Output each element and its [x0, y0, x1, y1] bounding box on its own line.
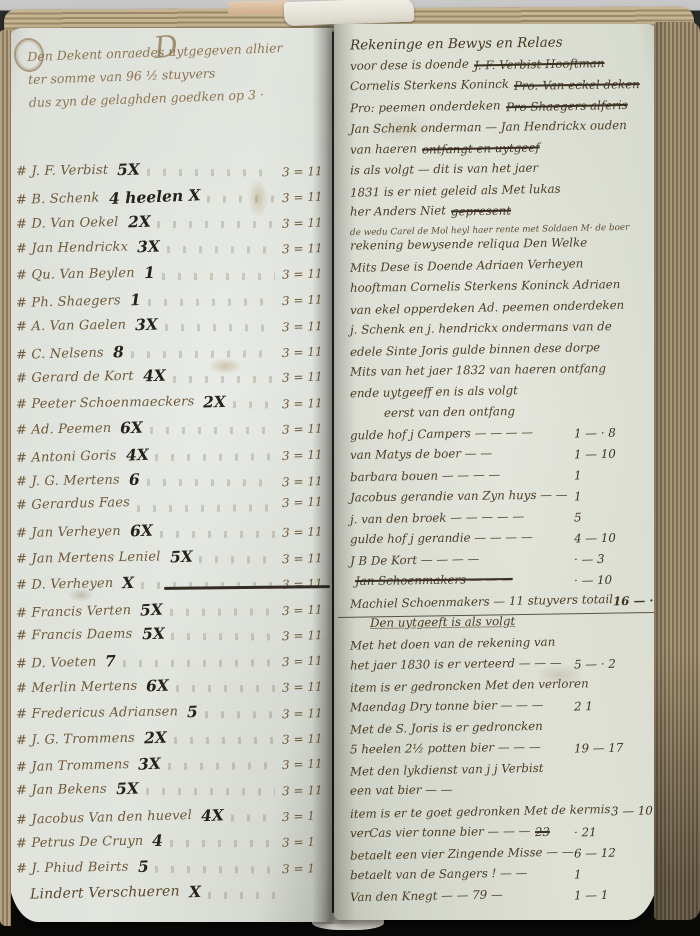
line-text: 1831 is er niet geleid als Met lukas	[350, 182, 561, 200]
account-line: Jacobus gerandie van Zyn huys — — 1	[350, 489, 630, 510]
ledger-row: # Jacobus Van den huevel 4X 3 = 1	[16, 805, 326, 833]
tally-mark: X	[188, 882, 201, 901]
line-text: verCas vier tonne bier — — —	[350, 824, 530, 841]
member-name: # J. Phiud Beirts	[16, 859, 129, 876]
member-name: # Jan Mertens Leniel	[16, 549, 161, 566]
amount-due: 3 = 11	[282, 706, 326, 721]
account-line: betaelt een vier Zingende Misse — — 6 — …	[350, 846, 630, 868]
dotted-leader	[231, 815, 275, 822]
member-name: # Merlin Mertens	[16, 679, 138, 697]
dotted-leader	[160, 531, 275, 538]
line-text: van haeren	[350, 141, 417, 156]
struck-text: Pro: Van eckel deken	[514, 77, 640, 93]
member-name: # Antoni Goris	[16, 448, 117, 466]
dotted-leader	[165, 324, 275, 331]
dotted-leader	[150, 427, 275, 434]
amount-due: 3 = 11	[282, 421, 326, 437]
line-text: een vat bier — —	[350, 782, 453, 797]
amount-due: 3 = 11	[282, 319, 326, 334]
tally-mark: 4X	[125, 445, 149, 465]
account-line: ende uytgeeff en is als volgt	[350, 384, 630, 406]
member-name: # B. Schenk	[16, 190, 100, 207]
account-line: gulde hof j Campers — — — — 1 — · 8	[350, 426, 630, 448]
ledger-row: # Gerardus Faes 3 = 11	[16, 495, 326, 523]
open-ledger-book: D Den Dekent onraedes uytgegeven alhier …	[0, 0, 700, 936]
line-amount: 1 — · 8	[574, 425, 630, 440]
line-text: ende uytgeeff en is als volgt	[350, 383, 518, 400]
line-text: Maendag Dry tonne bier — — —	[350, 698, 544, 715]
line-text: barbara bouen — — — —	[350, 467, 500, 484]
amount-due: 3 = 11	[282, 602, 327, 618]
account-line: verCas vier tonne bier — — — 23 · 21	[350, 825, 630, 846]
amount-due: 3 = 11	[282, 292, 327, 308]
line-text: Machiel Schoenmakers — 11 stuyvers totai…	[350, 592, 613, 611]
account-line: Met de S. Joris is er gedroncken	[350, 720, 630, 742]
tally-mark: 3X	[137, 237, 160, 257]
line-text: hooftman Cornelis Sterkens Koninck Adria…	[350, 277, 620, 295]
line-text: eerst van den ontfang	[384, 404, 515, 420]
ledger-row: # J. G. Trommens 2X 3 = 11	[16, 728, 326, 754]
line-amount: 6 — 12	[574, 845, 630, 860]
tally-mark: 5X	[140, 599, 164, 619]
struck-text: J. F. Verbist Hooftman	[474, 56, 605, 73]
dotted-leader	[167, 247, 275, 254]
line-text: Met het doen van de rekening van	[350, 635, 555, 653]
line-text: het jaer 1830 is er verteerd — — —	[350, 656, 562, 673]
line-amount: 1	[574, 489, 630, 504]
member-name: # D. Verheyen	[16, 576, 114, 593]
left-page-edges	[0, 30, 11, 926]
tally-mark: 4 heelen X	[108, 185, 200, 208]
line-amount: 1 — 1	[574, 887, 630, 902]
dotted-leader	[207, 196, 275, 203]
account-line: is als volgt — dit is van het jaer	[350, 162, 630, 183]
dotted-leader	[148, 299, 275, 307]
ledger-row: # D. Voeten 7 3 = 11	[16, 650, 326, 678]
fore-edge-pages	[654, 22, 700, 920]
amount-due: 3 = 11	[282, 551, 326, 566]
line-text: Jacobus gerandie van Zyn huys — —	[350, 487, 568, 504]
amount-due: 3 = 11	[282, 241, 326, 256]
amount-due: 3 = 11	[282, 679, 326, 695]
line-text: Cornelis Sterkens Koninck	[350, 77, 509, 93]
member-name: # Ad. Peemen	[16, 421, 112, 438]
ledger-row: # Merlin Mertens 6X 3 = 11	[16, 676, 326, 702]
member-name: # Jan Bekens	[16, 782, 107, 799]
line-text: Van den Knegt — — 79 —	[350, 887, 503, 904]
member-name: # Petrus De Cruyn	[16, 833, 144, 851]
tally-mark: 7	[105, 651, 117, 670]
tally-mark: X	[122, 573, 135, 592]
ledger-row: # Francis Verten 5X 3 = 11	[16, 599, 326, 627]
tally-mark: 2X	[127, 211, 150, 231]
account-line: eerst van den ontfang	[384, 405, 630, 426]
account-line: Den uytgeeft is als volgt	[370, 615, 630, 636]
account-line: Mits van het jaer 1832 van haeren ontfan…	[350, 363, 630, 384]
amount-due: 3 = 1	[282, 860, 326, 875]
struck-text: 23	[535, 825, 550, 839]
account-line: her Anders Niet gepresent	[350, 204, 630, 225]
account-line: j. Schenk en j. hendrickx ondermans van …	[350, 321, 630, 342]
line-spacer	[518, 395, 630, 396]
ledger-row: # Jan Hendrickx 3X 3 = 11	[16, 237, 326, 264]
member-name: # Fredericus Adriansen	[16, 704, 178, 722]
account-line: gulde hof j gerandie — — — — 4 — 10	[350, 531, 630, 552]
amount-due: 3 = 11	[282, 215, 326, 231]
tally-mark: 1	[143, 263, 154, 282]
line-text: van ekel opperdeken Ad. peemen onderdeke…	[350, 298, 624, 317]
tally-mark: 5	[187, 702, 198, 721]
line-text: Met de S. Joris is er gedroncken	[350, 719, 543, 737]
line-text: is als volgt — dit is van het jaer	[350, 161, 538, 178]
amount-due	[282, 897, 326, 899]
dotted-leader	[205, 711, 275, 718]
member-name: # D. Voeten	[16, 655, 97, 672]
account-line: Jan Schoenmakers — — — · — 10	[350, 573, 630, 594]
dotted-leader	[176, 685, 275, 692]
line-text: item is er gedroncken Met den verloren	[350, 676, 589, 695]
dotted-leader	[146, 788, 275, 796]
dotted-leader	[233, 402, 275, 409]
account-line: Cornelis Sterkens Koninck Pro: Van eckel…	[350, 78, 630, 99]
line-amount: 5 — · 2	[574, 657, 630, 672]
member-name: # Gerardus Faes	[16, 495, 130, 513]
ledger-row: # B. Schenk 4 heelen X 3 = 11	[16, 186, 326, 214]
ledger-row: # Antoni Goris 4X 3 = 11	[16, 444, 326, 472]
line-amount: 4 — 10	[574, 531, 630, 546]
member-name: # Jan Verheyen	[16, 524, 121, 541]
member-name: # Ph. Shaegers	[16, 293, 121, 311]
line-text: J B De Kort — — — —	[350, 552, 480, 568]
ribbon-strip	[228, 0, 290, 14]
line-text: 5 heelen 2½ potten bier — — —	[350, 740, 541, 757]
account-line: van Matys de boer — — 1 — 10	[350, 447, 630, 468]
amount-due: 3 = 11	[282, 473, 326, 488]
line-text: van Matys de boer — —	[350, 446, 492, 462]
dotted-leader	[155, 866, 275, 874]
dotted-leader	[162, 273, 275, 280]
line-text: voor dese is doende	[350, 57, 469, 73]
amount-due: 3 = 11	[282, 164, 326, 179]
ledger-row: # Jan Mertens Leniel 5X 3 = 11	[16, 546, 326, 573]
account-line: Jan Schenk onderman — Jan Hendrickx oude…	[350, 120, 630, 141]
account-line: Van den Knegt — — 79 — 1 — 1	[350, 888, 630, 910]
dotted-leader	[171, 634, 275, 641]
amount-due: 3 = 11	[282, 731, 326, 747]
amount-due: 3 = 11	[282, 524, 326, 540]
ledger-row: # Qu. Van Beylen 1 3 = 11	[16, 263, 326, 289]
account-line: Met den lykdienst van j j Verbist	[350, 762, 630, 784]
line-text: j. Schenk en j. hendrickx ondermans van …	[350, 319, 612, 337]
line-text: Jan Schenk onderman — Jan Hendrickx oude…	[350, 118, 627, 136]
tally-mark: 5X	[117, 159, 140, 179]
account-line: J B De Kort — — — — · — 3	[350, 552, 630, 574]
right-page: Rekeninge en Bewys en Relaes voor dese i…	[334, 24, 662, 920]
dotted-leader	[174, 737, 275, 744]
tally-mark: 4X	[201, 805, 225, 825]
ledger-row: # D. Van Oekel 2X 3 = 11	[16, 212, 326, 238]
member-name: # Gerard de Kort	[16, 369, 134, 386]
ledger-row: # Ad. Peemen 6X 3 = 11	[16, 418, 326, 444]
amount-due: 3 = 11	[282, 495, 327, 511]
dotted-leader	[170, 608, 275, 616]
account-line: een vat bier — —	[350, 783, 630, 804]
amount-due: 3 = 11	[282, 757, 327, 773]
line-text: her Anders Niet	[350, 203, 446, 218]
account-line: het jaer 1830 is er verteerd — — — 5 — ·…	[350, 657, 630, 678]
account-line: Rekeninge en Bewys en Relaes	[350, 36, 630, 57]
dotted-leader	[147, 169, 275, 177]
amount-due: 3 = 11	[282, 396, 326, 411]
line-text: betaelt een vier Zingende Misse — —	[350, 845, 574, 863]
tally-mark: 6X	[130, 521, 153, 541]
struck-text: ontfangt en uytgeef	[422, 140, 540, 156]
tally-mark: 4	[152, 831, 163, 850]
line-text: Met den lykdienst van j j Verbist	[350, 761, 544, 779]
ledger-row: # Ph. Shaegers 1 3 = 11	[16, 289, 326, 317]
account-text: Rekeninge en Bewys en Relaes voor dese i…	[350, 36, 630, 909]
dotted-leader	[170, 840, 275, 847]
tally-mark: 6	[129, 469, 140, 488]
member-name: # Jacobus Van den huevel	[16, 808, 192, 828]
ledger-row: # D. Verheyen X 3 = 11	[16, 573, 326, 599]
ledger-row: # Fredericus Adriansen 5 3 = 11	[16, 701, 326, 728]
member-name: # Jan Trommens	[16, 757, 130, 775]
ledger-row: # A. Van Gaelen 3X 3 = 11	[16, 314, 326, 341]
account-line: 1831 is er niet geleid als Met lukas	[350, 183, 630, 205]
struck-text: Jan Schoenmakers — — —	[355, 572, 513, 588]
ledger-row: # Jan Verheyen 6X 3 = 11	[16, 521, 326, 547]
line-amount: · — 3	[574, 551, 630, 566]
amount-due: 3 = 11	[282, 576, 326, 592]
bookmark-paper	[284, 0, 415, 26]
amount-due: 3 = 11	[282, 344, 327, 360]
ledger-row: # C. Nelsens 8 3 = 11	[16, 341, 326, 369]
member-name: # C. Nelsens	[16, 345, 104, 362]
ledger-row: # Jan Trommens 3X 3 = 11	[16, 753, 326, 781]
dotted-leader	[123, 660, 275, 668]
amount-due: 3 = 1	[282, 834, 326, 850]
account-line: j. van den broek — — — — — 5	[350, 510, 630, 532]
tally-mark: 3X	[135, 314, 158, 334]
tally-mark: 2X	[144, 727, 167, 747]
line-text: Den uytgeeft is als volgt	[370, 614, 515, 630]
dotted-leader	[168, 763, 275, 771]
line-text: rekening bewysende reliqua Den Welke	[350, 235, 587, 252]
account-line: hooftman Cornelis Sterkens Koninck Adria…	[350, 279, 630, 300]
dotted-leader	[141, 582, 275, 589]
ledger-row: # J. F. Verbist 5X 3 = 11	[16, 159, 326, 186]
line-amount: · 21	[574, 825, 630, 840]
account-line: Maendag Dry tonne bier — — — 2 1	[350, 699, 630, 720]
account-line: Met het doen van de rekening van	[350, 636, 630, 658]
line-amount: · — 10	[574, 573, 630, 588]
tally-mark: 6X	[120, 418, 143, 438]
amount-due: 3 = 11	[282, 783, 326, 798]
member-name: # J. G. Mertens	[16, 472, 120, 489]
line-amount: 1	[574, 867, 630, 882]
amount-due: 3 = 11	[282, 266, 326, 282]
left-page-header: Den Dekent onraedes uytgegeven alhier te…	[27, 35, 319, 114]
member-name: # J. G. Trommens	[16, 730, 135, 747]
line-text: Pro: peemen onderdeken	[350, 98, 501, 115]
ledger-row: Lindert Verschueren X	[30, 882, 326, 908]
account-line: item is er gedroncken Met den verloren	[350, 678, 630, 700]
member-ledger-list: # J. F. Verbist 5X 3 = 11 # B. Schenk 4 …	[16, 160, 326, 908]
line-text: Rekeninge en Bewys en Relaes	[350, 35, 563, 54]
amount-due: 3 = 11	[282, 189, 327, 205]
ledger-row: # J. G. Mertens 6 3 = 11	[16, 469, 326, 496]
dotted-leader	[208, 892, 275, 899]
account-line: betaelt van de Sangers ! — — 1	[350, 867, 630, 888]
tally-mark: 2X	[203, 392, 226, 412]
line-text: gulde hof j gerandie — — — —	[350, 530, 533, 547]
member-name: Lindert Verschueren	[30, 884, 180, 903]
account-line: 5 heelen 2½ potten bier — — — 19 — 17	[350, 741, 630, 762]
tally-mark: 1	[129, 290, 141, 309]
dotted-leader	[131, 350, 275, 358]
member-name: # Francis Verten	[16, 603, 132, 621]
line-text: Mits Dese is Doende Adriaen Verheyen	[350, 256, 584, 274]
amount-due: 3 = 11	[282, 628, 326, 643]
tally-mark: 5X	[141, 624, 164, 644]
member-name: # D. Van Oekel	[16, 215, 119, 232]
dotted-leader	[137, 505, 275, 513]
tally-mark: 5X	[115, 779, 138, 799]
tally-mark: 3X	[138, 754, 162, 774]
dotted-leader	[157, 221, 275, 228]
line-amount: 19 — 17	[574, 741, 630, 756]
line-text: item is er te goet gedronken Met de kerm…	[350, 802, 611, 821]
tally-mark: 4X	[142, 366, 165, 386]
ledger-row: # Francis Daems 5X 3 = 11	[16, 624, 326, 651]
member-name: # Jan Hendrickx	[16, 240, 128, 257]
account-line: van haeren ontfangt en uytgeef	[350, 141, 630, 163]
tally-mark: 5X	[169, 547, 192, 567]
ledger-row: # Peeter Schoenmaeckers 2X 3 = 11	[16, 391, 326, 418]
line-text: edele Sinte Joris gulde binnen dese dorp…	[350, 340, 600, 359]
line-amount: 1 — 10	[574, 447, 630, 462]
line-text: betaelt van de Sangers ! — —	[350, 866, 528, 882]
account-line: rekening bewysende reliqua Den Welke	[350, 237, 630, 258]
member-name: # A. Van Gaelen	[16, 317, 126, 334]
tally-mark: 8	[112, 342, 124, 361]
member-name: # Francis Daems	[16, 627, 133, 644]
ledger-row: # J. Phiud Beirts 5 3 = 1	[16, 856, 326, 883]
account-line: item is er te goet gedronken Met de kerm…	[350, 804, 630, 826]
line-amount: 2 1	[574, 699, 630, 714]
member-name: # Qu. Van Beylen	[16, 266, 135, 283]
line-amount: 1	[574, 467, 630, 482]
ledger-row: # Petrus De Cruyn 4 3 = 1	[16, 831, 326, 857]
tally-mark: 5	[137, 856, 148, 875]
left-page: D Den Dekent onraedes uytgegeven alhier …	[8, 28, 332, 922]
line-text: j. van den broek — — — — —	[350, 509, 524, 526]
dotted-leader	[173, 376, 275, 383]
line-amount: 5	[574, 509, 630, 524]
amount-due: 3 = 1	[282, 808, 327, 824]
ledger-row: # Gerard de Kort 4X 3 = 11	[16, 366, 326, 392]
amount-due: 3 = 11	[282, 370, 326, 386]
tally-mark: 6X	[146, 676, 169, 696]
dotted-leader	[155, 454, 275, 462]
dotted-leader	[199, 556, 275, 563]
struck-text: gepresent	[451, 204, 511, 219]
struck-text: Pro Shaegers alferis	[505, 98, 627, 114]
amount-due: 3 = 11	[282, 653, 327, 669]
line-text: Mits van het jaer 1832 van haeren ontfan…	[350, 361, 606, 379]
member-name: # Peeter Schoenmaeckers	[16, 394, 195, 412]
member-name: # J. F. Verbist	[16, 163, 108, 180]
account-line: voor dese is doende J. F. Verbist Hooftm…	[350, 57, 630, 79]
ledger-row: # Jan Bekens 5X 3 = 11	[16, 778, 326, 805]
amount-due: 3 = 11	[282, 447, 327, 463]
line-text: gulde hof j Campers — — — —	[350, 425, 533, 443]
account-line: barbara bouen — — — — 1	[350, 468, 630, 490]
dotted-leader	[147, 479, 275, 487]
account-line: Machiel Schoenmakers — 11 stuyvers totai…	[350, 594, 630, 616]
